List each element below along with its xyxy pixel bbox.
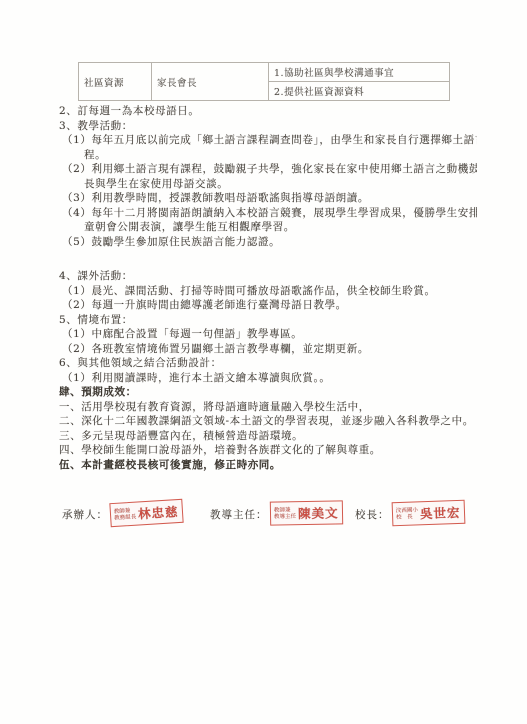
text-line: 二、深化十二年國教課綱語文領域-本土語文的學習表現，並逐步融入各科教學之中。 bbox=[59, 414, 477, 429]
text-line: （2）利用鄉土語言現有課程，鼓勵親子共學，強化家長在家中使用鄉土語言之動機鼓勵家 bbox=[62, 162, 477, 177]
table-cell-duty-2: 2.提供社區資源資料 bbox=[269, 82, 450, 101]
handler-label: 承辦人： bbox=[62, 498, 108, 522]
text-line: 伍、本計畫經校長核可後實施，修正時亦同。 bbox=[59, 458, 477, 473]
text-line: 一、活用學校現有教育資源，將母語適時適量融入學校生活中， bbox=[59, 400, 477, 415]
text-line: （2）每週一升旗時間由總導護老師進行臺灣母語日教學。 bbox=[62, 298, 477, 313]
stamp-role-bottom: 教導主任 bbox=[273, 513, 295, 520]
stamp-role: 汶西國小 校 長 bbox=[395, 507, 418, 521]
table-cell-duty-1: 1.協助社區與學校溝通事宜 bbox=[269, 63, 450, 82]
text-line: 程。 bbox=[84, 148, 477, 163]
signature-row: 承辦人： 教師兼 教務組長 林忠慈 教導主任： 教師兼 教導主任 陳美文 bbox=[59, 498, 477, 546]
signature-principal: 校長： 汶西國小 校 長 吳世宏 bbox=[355, 498, 464, 525]
text-line: （5）鼓勵學生參加原住民族語言能力認證。 bbox=[62, 235, 477, 250]
signature-handler: 承辦人： 教師兼 教務組長 林忠慈 bbox=[62, 498, 183, 525]
principal-stamp: 汶西國小 校 長 吳世宏 bbox=[391, 500, 464, 527]
text-line: 童朝會公開表演，讓學生能互相觀摩學習。 bbox=[84, 220, 477, 235]
document-content: 社區資源 家長會長 1.協助社區與學校溝通事宜 2.提供社區資源資料 2、訂每週… bbox=[59, 62, 477, 546]
text-line: 2、訂每週一為本校母語日。 bbox=[59, 104, 477, 119]
table-cell-resource-person: 家長會長 bbox=[152, 63, 269, 101]
stamp-role: 教師兼 教務組長 bbox=[114, 507, 137, 521]
text-line: 6、與其他領域之結合活動設計： bbox=[59, 356, 477, 371]
text-line: 5、情境布置： bbox=[59, 313, 477, 328]
table-row: 社區資源 家長會長 1.協助社區與學校溝通事宜 bbox=[79, 63, 450, 82]
director-label: 教導主任： bbox=[210, 498, 268, 522]
handler-stamp: 教師兼 教務組長 林忠慈 bbox=[109, 499, 183, 527]
text-line: （4）每年十二月將閩南語朗讀納入本校語言競賽，展現學生學習成果，優勝學生安排於兒 bbox=[62, 206, 477, 221]
text-line: 四、學校師生能開口說母語外，培養對各族群文化的了解與尊重。 bbox=[59, 443, 477, 458]
text-line: （1）利用閱讀課時，進行本土語文繪本導讀與欣賞。。 bbox=[62, 371, 477, 386]
text-line: 肆、預期成效： bbox=[59, 385, 477, 400]
text-line: （3）利用教學時間，授課教師教唱母語歌謠與指導母語朗讀。 bbox=[62, 191, 477, 206]
body-text: 2、訂每週一為本校母語日。3、教學活動：（1）每年五月底以前完成「鄉土語言課程調… bbox=[59, 104, 477, 472]
stamp-name: 吳世宏 bbox=[419, 503, 460, 522]
director-stamp: 教師兼 教導主任 陳美文 bbox=[269, 500, 342, 525]
resource-table: 社區資源 家長會長 1.協助社區與學校溝通事宜 2.提供社區資源資料 bbox=[78, 62, 450, 101]
principal-label: 校長： bbox=[355, 498, 390, 522]
stamp-name: 林忠慈 bbox=[137, 502, 179, 522]
stamp-role-bottom: 校 長 bbox=[395, 513, 417, 520]
text-line: 3、教學活動： bbox=[59, 119, 477, 134]
document-page: 社區資源 家長會長 1.協助社區與學校溝通事宜 2.提供社區資源資料 2、訂每週… bbox=[0, 0, 527, 724]
stamp-role: 教師兼 教導主任 bbox=[273, 507, 295, 520]
text-line: （1）每年五月底以前完成「鄉土語言課程調查問卷」，由學生和家長自行選擇鄉土語言課 bbox=[62, 133, 477, 148]
text-line: 三、多元呈現母語豐富內在，積極營造母語環境。 bbox=[59, 429, 477, 444]
text-line: （2）各班教室情境佈置另闢鄉土語言教學專欄，並定期更新。 bbox=[62, 342, 477, 357]
text-line: 4、課外活動： bbox=[59, 269, 477, 284]
table-cell-resource-type: 社區資源 bbox=[79, 63, 152, 101]
signature-director: 教導主任： 教師兼 教導主任 陳美文 bbox=[210, 498, 342, 525]
stamp-name: 陳美文 bbox=[297, 503, 338, 522]
text-line: （1）晨光、課間活動、打掃等時間可播放母語歌謠作品，供全校師生聆賞。 bbox=[62, 284, 477, 299]
stamp-role-bottom: 教務組長 bbox=[114, 514, 136, 522]
text-line: 長與學生在家使用母語交談。 bbox=[84, 177, 477, 192]
text-line: （1）中廊配合設置「每週一句俚語」教學專區。 bbox=[62, 327, 477, 342]
